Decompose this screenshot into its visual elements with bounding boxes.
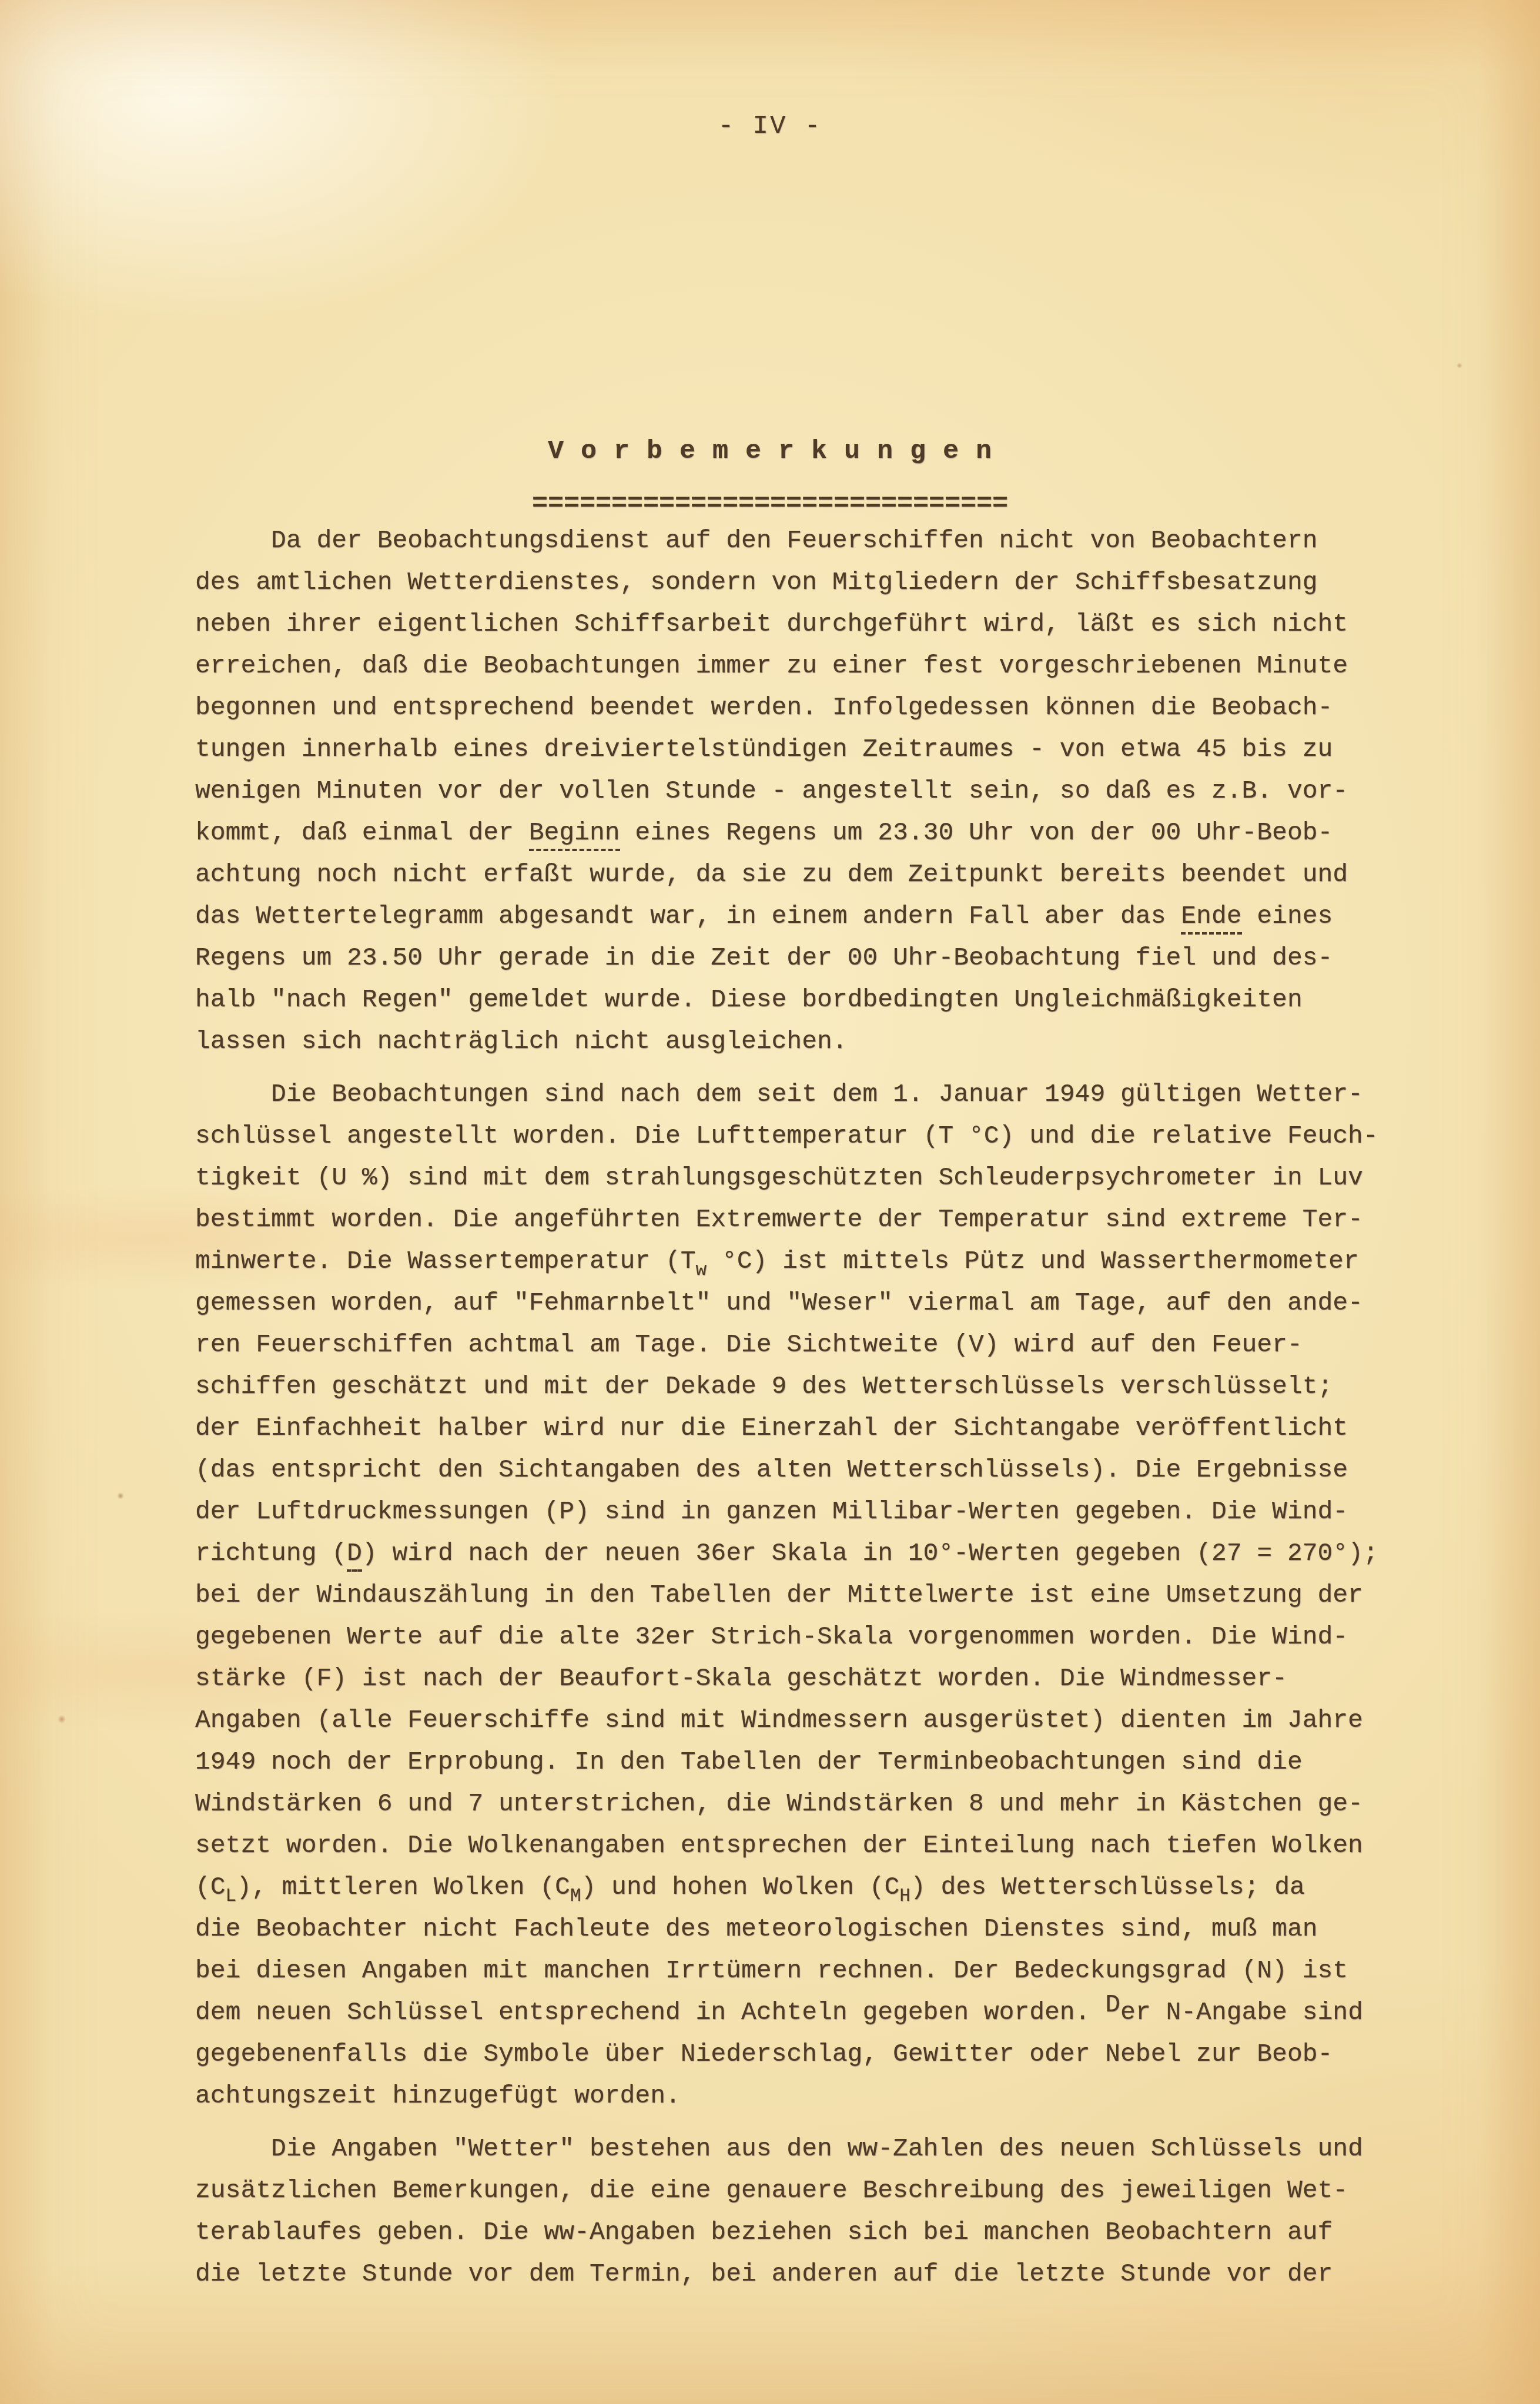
text-line: dem neuen Schlüssel entsprechend in Acht… bbox=[195, 1991, 1412, 2033]
text-line: Windstärken 6 und 7 unterstrichen, die W… bbox=[195, 1783, 1412, 1824]
text-line: das Wettertelegramm abgesandt war, in ei… bbox=[195, 895, 1412, 937]
title-underline: ============================== bbox=[0, 490, 1540, 519]
text-line: Regens um 23.50 Uhr gerade in die Zeit d… bbox=[195, 937, 1412, 979]
text-line: schlüssel angestellt worden. Die Lufttem… bbox=[195, 1115, 1412, 1157]
text-line: die Beobachter nicht Fachleute des meteo… bbox=[195, 1908, 1412, 1950]
text-line: neben ihrer eigentlichen Schiffsarbeit d… bbox=[195, 603, 1412, 645]
text-line: lassen sich nachträglich nicht ausgleich… bbox=[195, 1020, 1412, 1062]
text-line: gegebenenfalls die Symbole über Niedersc… bbox=[195, 2033, 1412, 2075]
text-line: 1949 noch der Erprobung. In den Tabellen… bbox=[195, 1741, 1412, 1783]
text-line: der Luftdruckmessungen (P) sind in ganze… bbox=[195, 1491, 1412, 1532]
paragraph: Die Angaben "Wetter" bestehen aus den ww… bbox=[195, 2128, 1412, 2295]
text-line: der Einfachheit halber wird nur die Eine… bbox=[195, 1407, 1412, 1449]
document-page: - IV - V o r b e m e r k u n g e n =====… bbox=[0, 0, 1540, 2404]
text-line: gemessen worden, auf "Fehmarnbelt" und "… bbox=[195, 1282, 1412, 1324]
text-line: bei diesen Angaben mit manchen Irrtümern… bbox=[195, 1950, 1412, 1991]
text-line: Die Beobachtungen sind nach dem seit dem… bbox=[195, 1073, 1412, 1115]
text-line: Angaben (alle Feuerschiffe sind mit Wind… bbox=[195, 1699, 1412, 1741]
text-line: (das entspricht den Sichtangaben des alt… bbox=[195, 1449, 1412, 1491]
text-line: ren Feuerschiffen achtmal am Tage. Die S… bbox=[195, 1324, 1412, 1365]
paragraph: Da der Beobachtungsdienst auf den Feuers… bbox=[195, 520, 1412, 1062]
text-line: achtungszeit hinzugefügt worden. bbox=[195, 2075, 1412, 2117]
page-title: V o r b e m e r k u n g e n bbox=[0, 436, 1540, 466]
page-number: - IV - bbox=[0, 112, 1540, 141]
text-line: terablaufes geben. Die ww-Angaben bezieh… bbox=[195, 2211, 1412, 2253]
paragraph: Die Beobachtungen sind nach dem seit dem… bbox=[195, 1073, 1412, 2117]
text-line: die letzte Stunde vor dem Termin, bei an… bbox=[195, 2253, 1412, 2295]
text-line: bei der Windauszählung in den Tabellen d… bbox=[195, 1574, 1412, 1616]
text-line: kommt, daß einmal der Beginn eines Regen… bbox=[195, 812, 1412, 853]
text-line: setzt worden. Die Wolkenangaben entsprec… bbox=[195, 1824, 1412, 1866]
text-line: tungen innerhalb eines dreiviertelstündi… bbox=[195, 728, 1412, 770]
text-line: wenigen Minuten vor der vollen Stunde - … bbox=[195, 770, 1412, 812]
text-line: stärke (F) ist nach der Beaufort-Skala g… bbox=[195, 1658, 1412, 1699]
text-line: achtung noch nicht erfaßt wurde, da sie … bbox=[195, 853, 1412, 895]
text-line: richtung (D) wird nach der neuen 36er Sk… bbox=[195, 1532, 1412, 1574]
text-line: gegebenen Werte auf die alte 32er Strich… bbox=[195, 1616, 1412, 1658]
text-line: halb "nach Regen" gemeldet wurde. Diese … bbox=[195, 979, 1412, 1020]
document-body: Da der Beobachtungsdienst auf den Feuers… bbox=[195, 520, 1412, 2295]
text-line: Da der Beobachtungsdienst auf den Feuers… bbox=[195, 520, 1412, 561]
text-line: tigkeit (U %) sind mit dem strahlungsges… bbox=[195, 1157, 1412, 1198]
text-line: Die Angaben "Wetter" bestehen aus den ww… bbox=[195, 2128, 1412, 2169]
text-line: bestimmt worden. Die angeführten Extremw… bbox=[195, 1198, 1412, 1240]
text-line: begonnen und entsprechend beendet werden… bbox=[195, 687, 1412, 728]
text-line: minwerte. Die Wassertemperatur (Tw °C) i… bbox=[195, 1240, 1412, 1282]
text-line: (CL), mittleren Wolken (CM) und hohen Wo… bbox=[195, 1866, 1412, 1908]
text-line: zusätzlichen Bemerkungen, die eine genau… bbox=[195, 2169, 1412, 2211]
text-line: schiffen geschätzt und mit der Dekade 9 … bbox=[195, 1365, 1412, 1407]
text-line: erreichen, daß die Beobachtungen immer z… bbox=[195, 645, 1412, 687]
text-line: des amtlichen Wetterdienstes, sondern vo… bbox=[195, 561, 1412, 603]
